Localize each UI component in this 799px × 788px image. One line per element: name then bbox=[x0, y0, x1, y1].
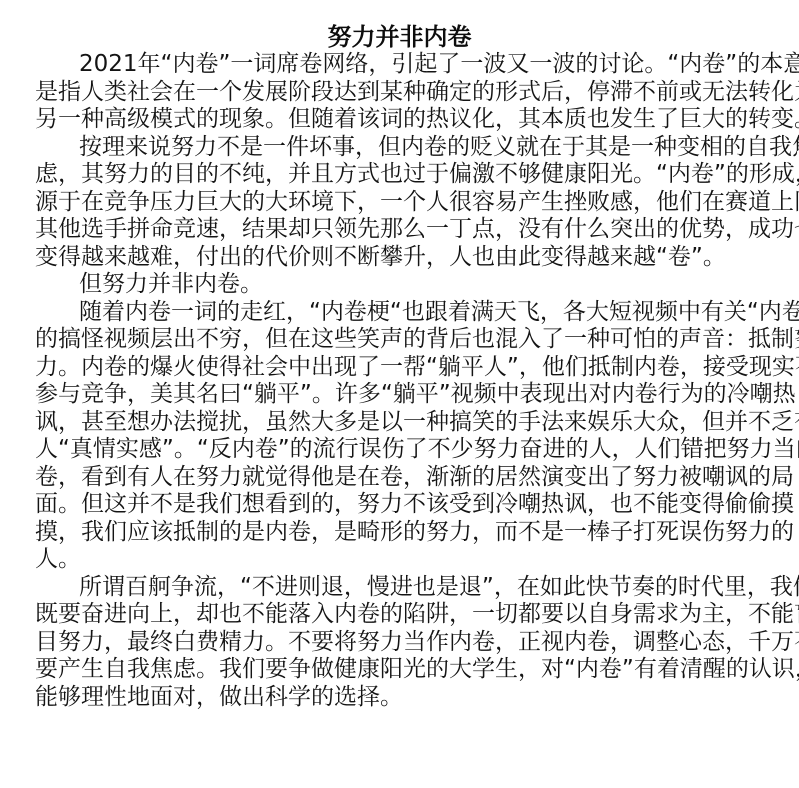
text-line: 所谓百舸争流，“不进则退，慢进也是退”，在如此快节奏的时代里，我们 bbox=[35, 574, 752, 602]
text-line: 面。但这并不是我们想看到的，努力不该受到冷嘲热讽，也不能变得偷偷摸 bbox=[35, 491, 752, 519]
text-line: 既要奋进向上，却也不能落入内卷的陷阱，一切都要以自身需求为主，不能盲 bbox=[35, 601, 752, 629]
paragraph-4: 随着内卷一词的走红，“内卷梗“也跟着满天飞，各大短视频中有关“内卷” 的搞怪视频… bbox=[35, 299, 752, 574]
paragraph-1: 2021年“内卷”一词席卷网络，引起了一波又一波的讨论。“内卷”的本意， 是指人… bbox=[35, 51, 752, 134]
text-line: 随着内卷一词的走红，“内卷梗“也跟着满天飞，各大短视频中有关“内卷” bbox=[35, 299, 752, 327]
text-line: 是指人类社会在一个发展阶段达到某种确定的形式后，停滞不前或无法转化为 bbox=[35, 79, 752, 107]
text-line: 其他选手拼命竞速，结果却只领先那么一丁点，没有什么突出的优势，成功也 bbox=[35, 216, 752, 244]
text-line: 力。内卷的爆火使得社会中出现了一帮“躺平人”，他们抵制内卷，接受现实不 bbox=[35, 354, 752, 382]
text-line: 卷，看到有人在努力就觉得他是在卷，渐渐的居然演变出了努力被嘲讽的局 bbox=[35, 464, 752, 492]
text-line: 2021年“内卷”一词席卷网络，引起了一波又一波的讨论。“内卷”的本意， bbox=[35, 51, 752, 79]
document-title: 努力并非内卷 bbox=[0, 21, 799, 53]
paragraph-5: 所谓百舸争流，“不进则退，慢进也是退”，在如此快节奏的时代里，我们 既要奋进向上… bbox=[35, 574, 752, 712]
text-line: 人“真情实感”。“反内卷”的流行误伤了不少努力奋进的人，人们错把努力当内 bbox=[35, 436, 752, 464]
paragraph-3: 但努力并非内卷。 bbox=[35, 271, 752, 299]
text-line: 的搞怪视频层出不穷，但在这些笑声的背后也混入了一种可怕的声音：抵制努 bbox=[35, 326, 752, 354]
text-line: 按理来说努力不是一件坏事，但内卷的贬义就在于其是一种变相的自我焦 bbox=[35, 134, 752, 162]
text-line: 摸，我们应该抵制的是内卷，是畸形的努力，而不是一棒子打死误伤努力的 bbox=[35, 519, 752, 547]
text-line: 参与竞争，美其名曰“躺平”。许多“躺平”视频中表现出对内卷行为的冷嘲热 bbox=[35, 381, 752, 409]
text-line: 讽，甚至想办法搅扰，虽然大多是以一种搞笑的手法来娱乐大众，但并不乏有 bbox=[35, 409, 752, 437]
text-line: 源于在竞争压力巨大的大环境下，一个人很容易产生挫败感，他们在赛道上同 bbox=[35, 189, 752, 217]
text-line: 虑，其努力的目的不纯，并且方式也过于偏激不够健康阳光。“内卷”的形成， bbox=[35, 161, 752, 189]
text-line: 能够理性地面对，做出科学的选择。 bbox=[35, 684, 752, 712]
text-line: 要产生自我焦虑。我们要争做健康阳光的大学生，对“内卷”有着清醒的认识， bbox=[35, 656, 752, 684]
article-body: 2021年“内卷”一词席卷网络，引起了一波又一波的讨论。“内卷”的本意， 是指人… bbox=[35, 51, 752, 711]
paragraph-2: 按理来说努力不是一件坏事，但内卷的贬义就在于其是一种变相的自我焦 虑，其努力的目… bbox=[35, 134, 752, 272]
text-line: 变得越来越难，付出的代价则不断攀升，人也由此变得越来越“卷”。 bbox=[35, 244, 752, 272]
text-line: 目努力，最终白费精力。不要将努力当作内卷，正视内卷，调整心态，千万不 bbox=[35, 629, 752, 657]
text-line: 另一种高级模式的现象。但随着该词的热议化，其本质也发生了巨大的转变。 bbox=[35, 106, 752, 134]
text-line: 人。 bbox=[35, 546, 752, 574]
text-line: 但努力并非内卷。 bbox=[35, 271, 752, 299]
